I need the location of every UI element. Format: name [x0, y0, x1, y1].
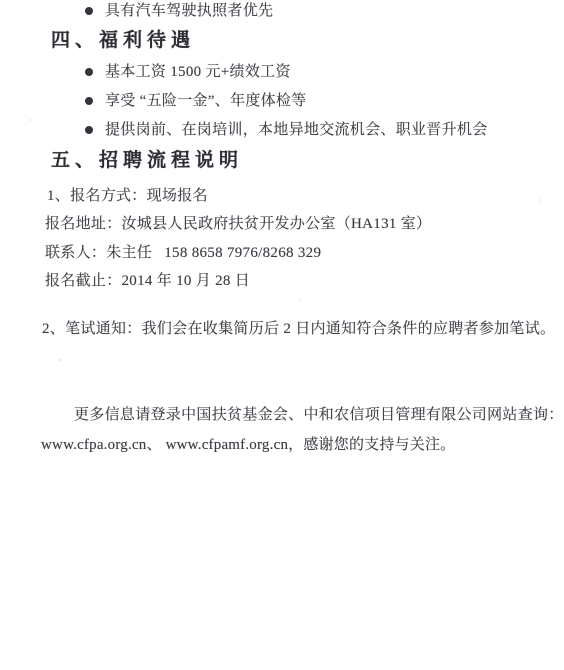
list-item: 享受 “五险一金”、年度体检等 — [85, 92, 307, 111]
bullet-icon — [85, 68, 93, 76]
list-item: 基本工资 1500 元+绩效工资 — [85, 63, 291, 82]
process-step1: 1、报名方式：现场报名 — [47, 187, 208, 206]
process-deadline: 报名截止：2014 年 10 月 28 日 — [45, 272, 250, 291]
process-step2: 2、笔试通知：我们会在收集简历后 2 日内通知符合条件的应聘者参加笔试。 — [42, 320, 555, 339]
process-address: 报名地址：汝城县人民政府扶贫开发办公室（HA131 室） — [45, 215, 431, 234]
bullet-icon — [85, 126, 93, 134]
footer-line2: www.cfpa.org.cn、 www.cfpamf.org.cn，感谢您的支… — [41, 436, 455, 455]
document-page: 具有汽车驾驶执照者优先 四、福利待遇 基本工资 1500 元+绩效工资 享受 “… — [0, 0, 564, 670]
bullet-text: 具有汽车驾驶执照者优先 — [105, 2, 273, 21]
section-heading-process: 五、招聘流程说明 — [51, 149, 243, 173]
footer-line1: 更多信息请登录中国扶贫基金会、中和农信项目管理有限公司网站查询： — [74, 406, 564, 425]
bullet-icon — [85, 97, 93, 105]
bullet-text: 享受 “五险一金”、年度体检等 — [105, 92, 307, 111]
list-item: 提供岗前、在岗培训，本地异地交流机会、职业晋升机会 — [85, 121, 488, 140]
bullet-text: 提供岗前、在岗培训，本地异地交流机会、职业晋升机会 — [105, 121, 488, 140]
bullet-text: 基本工资 1500 元+绩效工资 — [105, 63, 291, 82]
process-contact: 联系人：朱主任 158 8658 7976/8268 329 — [45, 244, 321, 263]
list-item: 具有汽车驾驶执照者优先 — [85, 2, 273, 21]
bullet-icon — [85, 7, 93, 15]
section-heading-benefits: 四、福利待遇 — [51, 29, 195, 53]
